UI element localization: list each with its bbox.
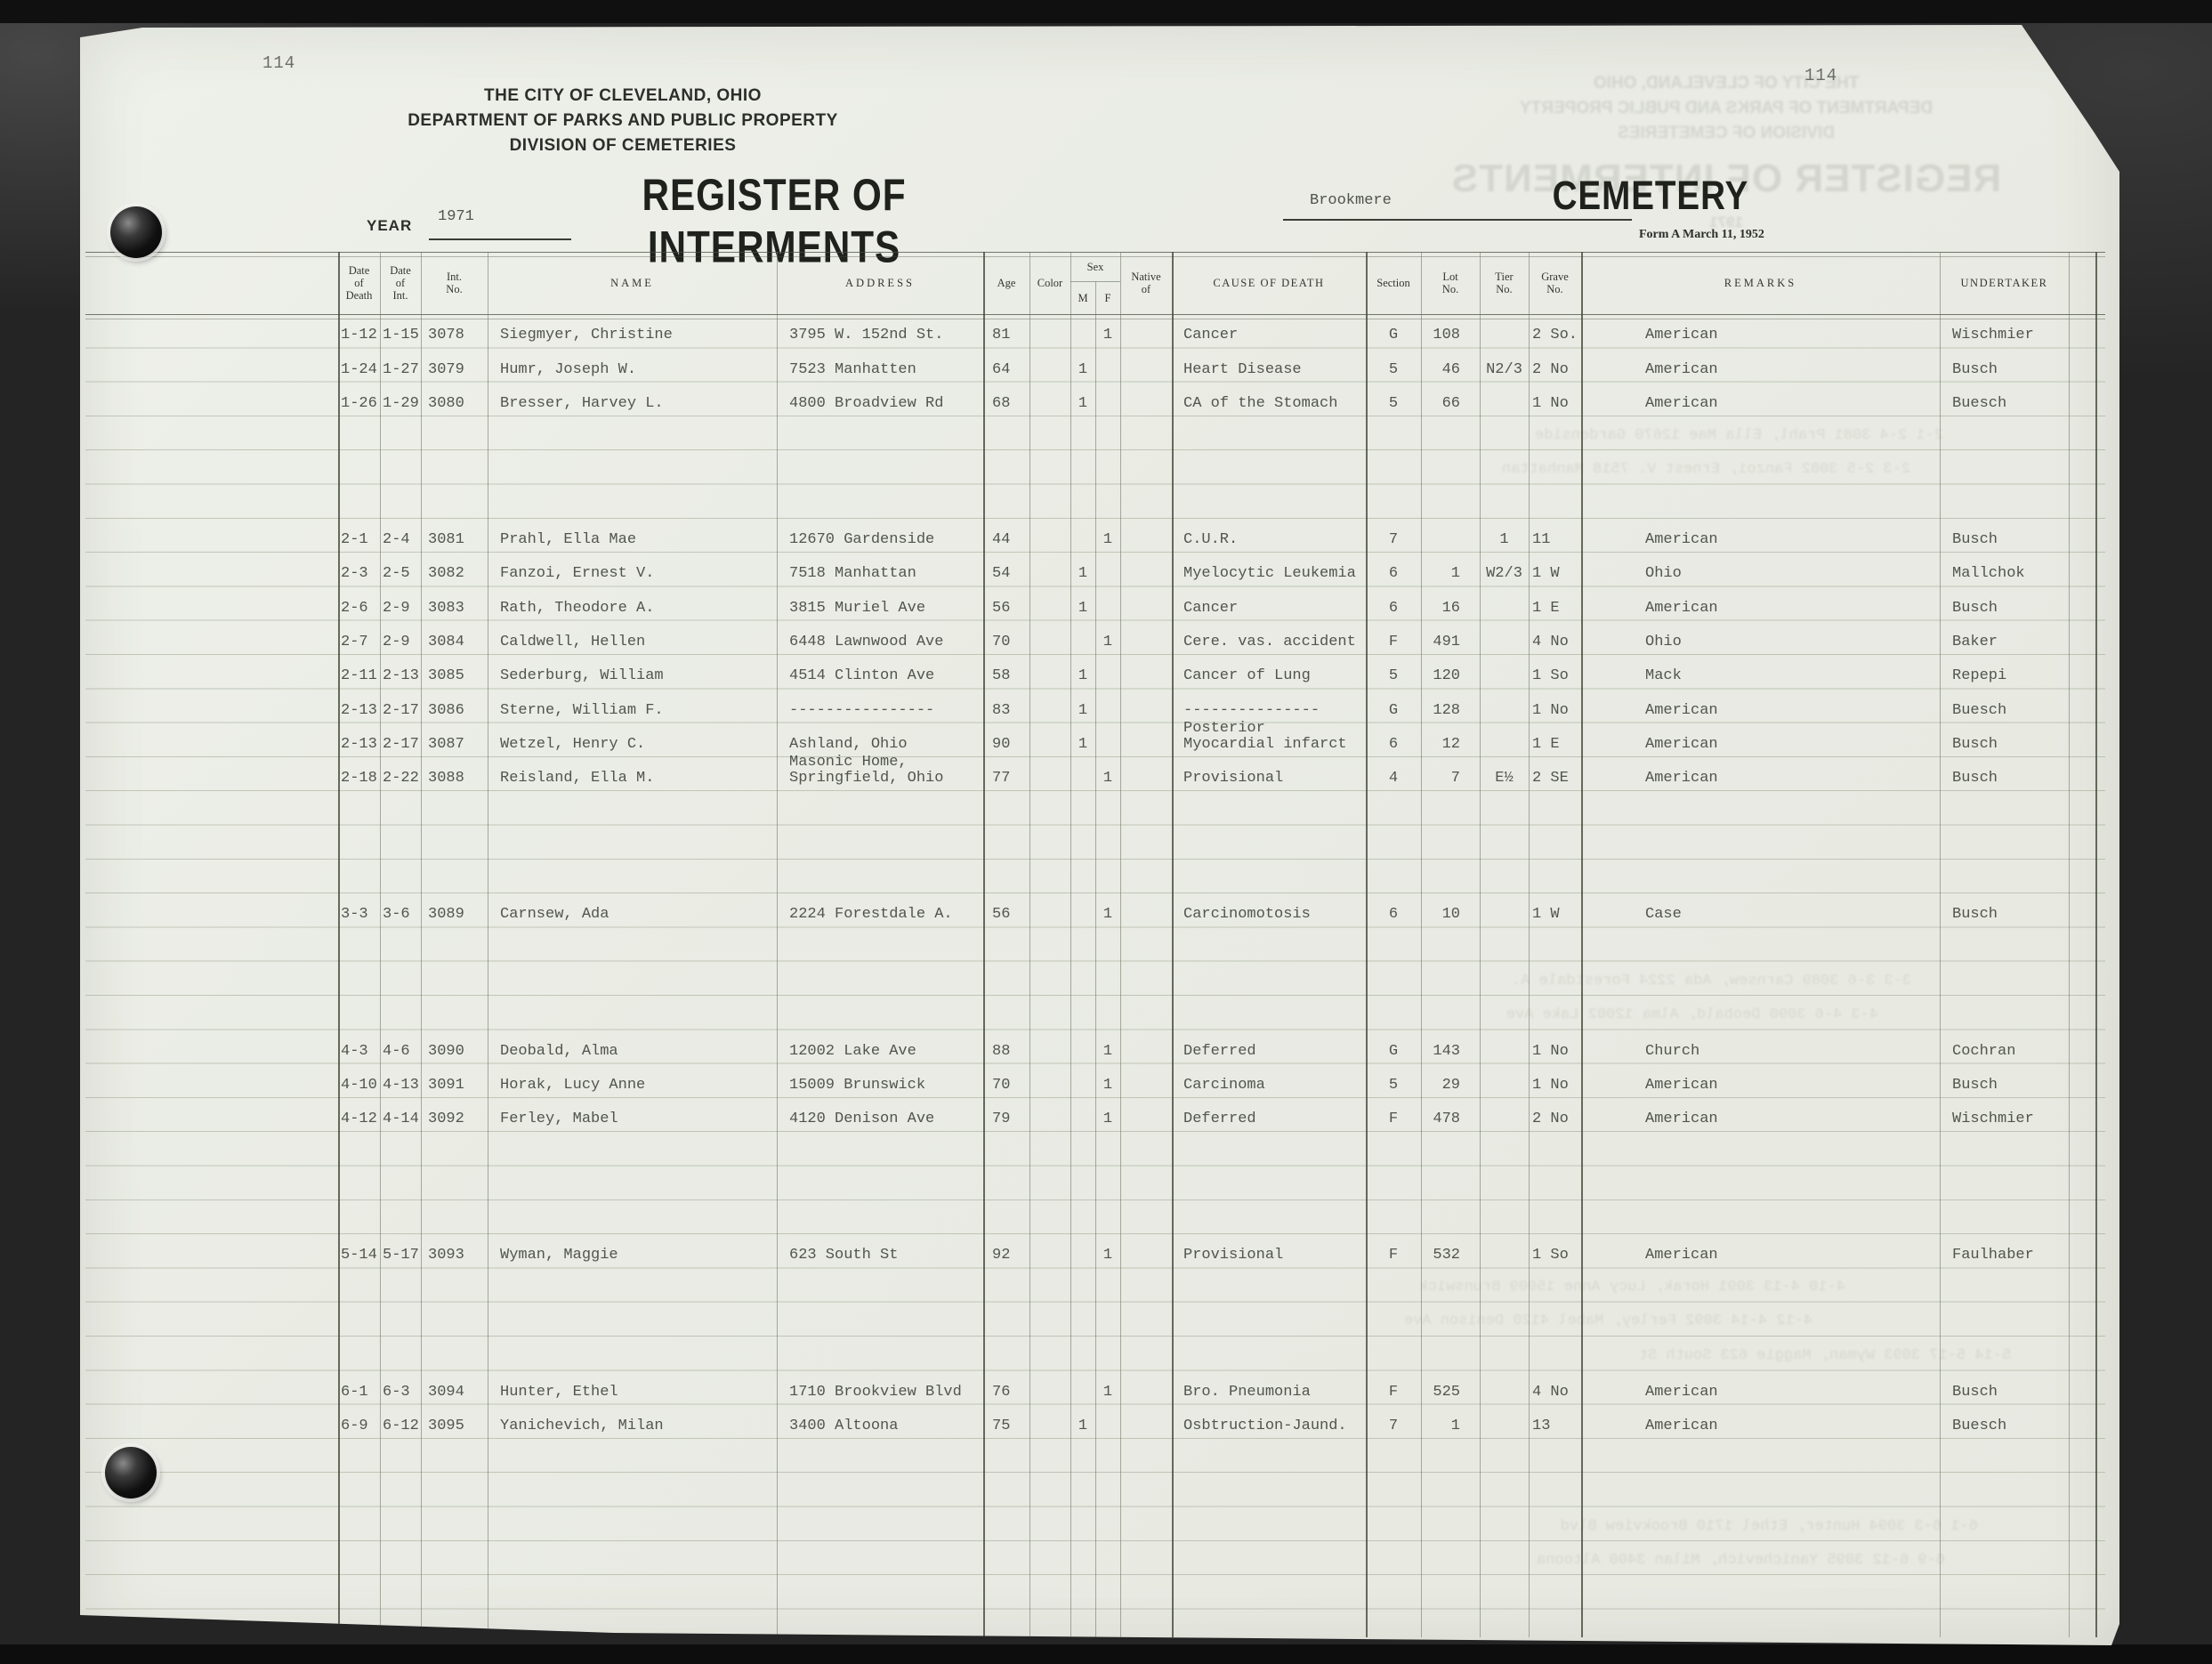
table-row: 1-261-293080Bresser, Harvey L.4800 Broad…	[338, 383, 2095, 416]
cell-name: Horak, Lucy Anne	[488, 1078, 777, 1094]
cell-remarks: American	[1581, 1078, 1940, 1094]
bleed-through-row: 4-12 4-14 3092 Ferley, Mabel 4120 Deniso…	[338, 1302, 2095, 1336]
cell-undertaker: Faulhaber	[1940, 1248, 2069, 1264]
cell-age: 70	[983, 634, 1029, 650]
cell-remarks: American	[1581, 362, 1940, 378]
cell-int_no: 3079	[421, 362, 488, 378]
cell-name: Caldwell, Hellen	[488, 634, 777, 650]
page-number-right: 114	[1804, 66, 1837, 85]
cell-cause: Heart Disease	[1172, 362, 1366, 378]
cell-dod: 2-1	[338, 532, 380, 548]
cell-undertaker: Busch	[1940, 601, 2069, 617]
cell-remarks: Ohio	[1581, 566, 1940, 582]
year-value: 1971	[438, 208, 474, 225]
cell-lot: 10	[1421, 907, 1480, 923]
cell-address: Masonic Home,Springfield, Ohio	[777, 755, 983, 787]
cell-remarks: American	[1581, 703, 1940, 719]
cell-doi: 4-6	[380, 1044, 421, 1060]
col-header-color: Color	[1029, 252, 1070, 314]
cell-undertaker: Repepi	[1940, 668, 2069, 684]
bleed-through-row: 6-9 6-12 3095 Yanichevich, Milan 3400 Al…	[338, 1541, 2095, 1575]
cell-grave: 2 So.	[1529, 327, 1581, 343]
cell-section: G	[1366, 1044, 1421, 1060]
cell-section: 6	[1366, 601, 1421, 617]
bleed-through-row: 4-10 4-13 3091 Horak, Lucy Anne 15009 Br…	[338, 1268, 2095, 1302]
cell-address: ----------------	[777, 703, 983, 719]
cell-grave: 13	[1529, 1418, 1581, 1434]
cell-lot: 525	[1421, 1385, 1480, 1401]
cell-section: F	[1366, 1111, 1421, 1127]
cell-remarks: American	[1581, 396, 1940, 412]
cell-age: 88	[983, 1044, 1029, 1060]
cell-name: Wetzel, Henry C.	[488, 737, 777, 753]
cemetery-label: CEMETERY	[1553, 173, 1749, 219]
col-header-name: NAME	[488, 252, 777, 314]
cell-m: 1	[1070, 362, 1095, 378]
col-header-section: Section	[1366, 252, 1421, 314]
cell-m: 1	[1070, 668, 1095, 684]
cell-dod: 5-14	[338, 1248, 380, 1264]
cell-age: 81	[983, 327, 1029, 343]
table-row: 4-34-63090Deobald, Alma12002 Lake Ave881…	[338, 1030, 2095, 1063]
bleed-through-row: 6-1 6-3 3094 Hunter, Ethel 1710 Brookvie…	[338, 1507, 2095, 1541]
cell-cause: Cancer of Lung	[1172, 668, 1366, 684]
cell-remarks: American	[1581, 601, 1940, 617]
table-row: 2-32-53082Fanzoi, Ernest V.7518 Manhatta…	[338, 553, 2095, 586]
cell-int_no: 3095	[421, 1418, 488, 1434]
cell-dod: 3-3	[338, 907, 380, 923]
cell-section: F	[1366, 634, 1421, 650]
cell-section: 6	[1366, 907, 1421, 923]
col-header-grave-no: Grave No.	[1529, 252, 1581, 314]
cell-m: 1	[1070, 737, 1095, 753]
register-page: THE CITY OF CLEVELAND, OHIO DEPARTMENT O…	[80, 25, 2119, 1651]
cell-dod: 2-18	[338, 771, 380, 787]
cell-lot: 29	[1421, 1078, 1480, 1094]
table-row: 2-72-93084Caldwell, Hellen6448 Lawnwood …	[338, 621, 2095, 655]
cell-dod: 2-6	[338, 601, 380, 617]
cell-remarks: Church	[1581, 1044, 1940, 1060]
cell-address: 3815 Muriel Ave	[777, 601, 983, 617]
cell-address: 4514 Clinton Ave	[777, 668, 983, 684]
cell-int_no: 3087	[421, 737, 488, 753]
bleed-through-row: 2-3 2-5 3082 Fanzoi, Ernest V. 7518 Manh…	[338, 450, 2095, 484]
cell-tier: E½	[1480, 771, 1529, 787]
cell-name: Wyman, Maggie	[488, 1248, 777, 1264]
cell-doi: 4-13	[380, 1078, 421, 1094]
table-row: 2-132-173087Wetzel, Henry C.Ashland, Ohi…	[338, 723, 2095, 757]
cell-address: 7518 Manhattan	[777, 566, 983, 582]
cell-int_no: 3085	[421, 668, 488, 684]
cell-int_no: 3081	[421, 532, 488, 548]
cell-cause: Provisional	[1172, 771, 1366, 787]
cell-cause: Deferred	[1172, 1111, 1366, 1127]
table-row: 6-96-123095Yanichevich, Milan3400 Altoon…	[338, 1405, 2095, 1439]
cell-name: Siegmyer, Christine	[488, 327, 777, 343]
cell-doi: 2-22	[380, 771, 421, 787]
col-header-date-of-death: Date of Death	[338, 252, 380, 314]
cell-int_no: 3093	[421, 1248, 488, 1264]
cell-lot: 478	[1421, 1111, 1480, 1127]
form-note: Form A March 11, 1952	[1639, 228, 1764, 242]
cell-age: 70	[983, 1078, 1029, 1094]
cell-age: 64	[983, 362, 1029, 378]
cell-int_no: 3091	[421, 1078, 488, 1094]
col-header-lot-no: Lot No.	[1421, 252, 1480, 314]
cell-name: Fanzoi, Ernest V.	[488, 566, 777, 582]
cell-remarks: Case	[1581, 907, 1940, 923]
cell-undertaker: Mallchok	[1940, 566, 2069, 582]
grid-line	[2095, 252, 2097, 1637]
cell-cause: Cancer	[1172, 601, 1366, 617]
cell-remarks: American	[1581, 1418, 1940, 1434]
cell-lot: 46	[1421, 362, 1480, 378]
bleed-through-row: 5-14 5-17 3093 Wyman, Maggie 623 South S…	[338, 1337, 2095, 1370]
cell-section: F	[1366, 1248, 1421, 1264]
cell-undertaker: Busch	[1940, 737, 2069, 753]
cell-f: 1	[1095, 771, 1120, 787]
binder-ring-top	[110, 206, 162, 258]
cell-remarks: American	[1581, 1111, 1940, 1127]
cell-lot: 16	[1421, 601, 1480, 617]
cell-address: 12670 Gardenside	[777, 532, 983, 548]
cell-int_no: 3078	[421, 327, 488, 343]
cell-name: Rath, Theodore A.	[488, 601, 777, 617]
cell-cause: Cere. vas. accident	[1172, 634, 1366, 650]
cell-grave: 2 No	[1529, 1111, 1581, 1127]
cell-f: 1	[1095, 1078, 1120, 1094]
cell-m: 1	[1070, 566, 1095, 582]
cell-undertaker: Busch	[1940, 1385, 2069, 1401]
cell-name: Ferley, Mabel	[488, 1111, 777, 1127]
cell-doi: 2-17	[380, 737, 421, 753]
cell-remarks: American	[1581, 1248, 1940, 1264]
cell-remarks: American	[1581, 532, 1940, 548]
cell-int_no: 3088	[421, 771, 488, 787]
table-row: 4-104-133091Horak, Lucy Anne15009 Brunsw…	[338, 1064, 2095, 1098]
cell-cause: Carcinoma	[1172, 1078, 1366, 1094]
cell-int_no: 3084	[421, 634, 488, 650]
cell-cause: PosteriorMyocardial infarct	[1172, 721, 1366, 753]
cell-name: Humr, Joseph W.	[488, 362, 777, 378]
cell-dod: 2-11	[338, 668, 380, 684]
cell-f: 1	[1095, 532, 1120, 548]
cell-lot: 7	[1421, 771, 1480, 787]
cell-name: Bresser, Harvey L.	[488, 396, 777, 412]
cell-undertaker: Buesch	[1940, 1418, 2069, 1434]
cell-doi: 2-9	[380, 601, 421, 617]
cell-f: 1	[1095, 634, 1120, 650]
col-header-sex-f: F	[1095, 281, 1120, 314]
cell-age: 79	[983, 1111, 1029, 1127]
cell-name: Reisland, Ella M.	[488, 771, 777, 787]
cell-remarks: American	[1581, 771, 1940, 787]
cell-int_no: 3083	[421, 601, 488, 617]
cell-cause: Provisional	[1172, 1248, 1366, 1264]
cell-name: Deobald, Alma	[488, 1044, 777, 1060]
cell-dod: 2-3	[338, 566, 380, 582]
cell-undertaker: Buesch	[1940, 396, 2069, 412]
cell-section: 6	[1366, 566, 1421, 582]
cell-cause: ---------------	[1172, 703, 1366, 719]
cell-name: Prahl, Ella Mae	[488, 532, 777, 548]
cell-dod: 6-9	[338, 1418, 380, 1434]
cell-address: 7523 Manhatten	[777, 362, 983, 378]
cell-address: 6448 Lawnwood Ave	[777, 634, 983, 650]
cell-section: 5	[1366, 1078, 1421, 1094]
cell-dod: 1-26	[338, 396, 380, 412]
organization-header: THE CITY OF CLEVELAND, OHIO DEPARTMENT O…	[374, 84, 872, 158]
col-header-date-of-int: Date of Int.	[380, 252, 421, 314]
cell-m: 1	[1070, 703, 1095, 719]
cell-lot: 143	[1421, 1044, 1480, 1060]
cell-grave: 2 SE	[1529, 771, 1581, 787]
cell-undertaker: Wischmier	[1940, 1111, 2069, 1127]
col-header-tier-no: Tier No.	[1480, 252, 1529, 314]
cell-dod: 4-10	[338, 1078, 380, 1094]
cell-undertaker: Wischmier	[1940, 327, 2069, 343]
cell-remarks: Ohio	[1581, 634, 1940, 650]
scan-bottom-strip	[0, 1644, 2212, 1664]
table-row: 1-241-273079Humr, Joseph W.7523 Manhatte…	[338, 348, 2095, 382]
cell-int_no: 3080	[421, 396, 488, 412]
cell-grave: 1 No	[1529, 703, 1581, 719]
cell-age: 83	[983, 703, 1029, 719]
cell-grave: 4 No	[1529, 1385, 1581, 1401]
cell-age: 58	[983, 668, 1029, 684]
cell-cause: Osbtruction-Jaund.	[1172, 1418, 1366, 1434]
table-row: 4-124-143092Ferley, Mabel4120 Denison Av…	[338, 1098, 2095, 1132]
cell-address: 623 South St	[777, 1248, 983, 1264]
table-row: 2-182-223088Reisland, Ella M.Masonic Hom…	[338, 757, 2095, 791]
col-header-sex: Sex	[1070, 252, 1120, 281]
cell-doi: 1-15	[380, 327, 421, 343]
cell-address: 3400 Altoona	[777, 1418, 983, 1434]
cell-name: Carnsew, Ada	[488, 907, 777, 923]
cell-grave: 1 W	[1529, 566, 1581, 582]
cell-section: 5	[1366, 668, 1421, 684]
cell-cause: CA of the Stomach	[1172, 396, 1366, 412]
cell-lot: 491	[1421, 634, 1480, 650]
cell-f: 1	[1095, 907, 1120, 923]
cell-address: 1710 Brookview Blvd	[777, 1385, 983, 1401]
cell-remarks: American	[1581, 327, 1940, 343]
cell-grave: 1 No	[1529, 396, 1581, 412]
cell-doi: 2-4	[380, 532, 421, 548]
cell-address: 3795 W. 152nd St.	[777, 327, 983, 343]
bleed-through-row: 4-3 4-6 3090 Deobald, Alma 12002 Lake Av…	[338, 996, 2095, 1030]
cell-cause: Deferred	[1172, 1044, 1366, 1060]
col-header-cause-of-death: CAUSE OF DEATH	[1172, 252, 1366, 314]
cell-cause: C.U.R.	[1172, 532, 1366, 548]
cell-section: F	[1366, 1385, 1421, 1401]
col-header-address: ADDRESS	[777, 252, 983, 314]
year-underline	[429, 238, 571, 240]
org-line-2: DEPARTMENT OF PARKS AND PUBLIC PROPERTY	[374, 109, 872, 133]
cell-section: G	[1366, 703, 1421, 719]
cemetery-name: Brookmere	[1310, 192, 1392, 209]
cell-dod: 4-3	[338, 1044, 380, 1060]
cell-section: G	[1366, 327, 1421, 343]
cell-m: 1	[1070, 396, 1095, 412]
cell-age: 44	[983, 532, 1029, 548]
cell-dod: 2-13	[338, 737, 380, 753]
cell-grave: 1 W	[1529, 907, 1581, 923]
page-number-left: 114	[262, 53, 295, 73]
cell-grave: 4 No	[1529, 634, 1581, 650]
cell-tier: N2/3	[1480, 362, 1529, 378]
bleed-org-lines: THE CITY OF CLEVELAND, OHIO DEPARTMENT O…	[1317, 71, 2135, 146]
cell-grave: 2 No	[1529, 362, 1581, 378]
cell-grave: 1 E	[1529, 737, 1581, 753]
col-header-sex-m: M	[1070, 281, 1095, 314]
table-row: 5-145-173093Wyman, Maggie623 South St921…	[338, 1234, 2095, 1268]
cell-age: 76	[983, 1385, 1029, 1401]
org-line-3: DIVISION OF CEMETERIES	[374, 133, 872, 158]
cell-name: Sterne, William F.	[488, 703, 777, 719]
cell-doi: 4-14	[380, 1111, 421, 1127]
cell-undertaker: Buesch	[1940, 703, 2069, 719]
cell-cause: Cancer	[1172, 327, 1366, 343]
table-row: 2-12-43081Prahl, Ella Mae12670 Gardensid…	[338, 519, 2095, 553]
cell-name: Yanichevich, Milan	[488, 1418, 777, 1434]
cell-tier: 1	[1480, 532, 1529, 548]
cell-grave: 1 No	[1529, 1044, 1581, 1060]
cell-age: 90	[983, 737, 1029, 753]
cell-dod: 2-7	[338, 634, 380, 650]
year-label: YEAR	[367, 217, 412, 235]
cell-lot: 1	[1421, 1418, 1480, 1434]
cell-dod: 6-1	[338, 1385, 380, 1401]
cell-age: 56	[983, 907, 1029, 923]
cell-remarks: Mack	[1581, 668, 1940, 684]
cell-doi: 2-9	[380, 634, 421, 650]
cell-doi: 3-6	[380, 907, 421, 923]
table-row: 6-16-33094Hunter, Ethel1710 Brookview Bl…	[338, 1370, 2095, 1404]
cell-f: 1	[1095, 1111, 1120, 1127]
col-header-native-of: Native of	[1120, 252, 1172, 314]
scan-top-strip	[0, 0, 2212, 23]
col-header-remarks: REMARKS	[1581, 252, 1940, 314]
table-row: 2-132-173086Sterne, William F.----------…	[338, 689, 2095, 723]
cell-name: Sederburg, William	[488, 668, 777, 684]
cell-lot: 1	[1421, 566, 1480, 582]
cell-doi: 6-12	[380, 1418, 421, 1434]
binder-ring-bottom	[105, 1447, 157, 1498]
cell-age: 77	[983, 771, 1029, 787]
cell-doi: 1-27	[380, 362, 421, 378]
cell-doi: 2-5	[380, 566, 421, 582]
cell-int_no: 3094	[421, 1385, 488, 1401]
cell-lot: 12	[1421, 737, 1480, 753]
cell-address: Ashland, Ohio	[777, 737, 983, 753]
cell-int_no: 3090	[421, 1044, 488, 1060]
cell-section: 5	[1366, 362, 1421, 378]
cell-cause: Bro. Pneumonia	[1172, 1385, 1366, 1401]
cell-undertaker: Busch	[1940, 532, 2069, 548]
cell-grave: 1 No	[1529, 1078, 1581, 1094]
cell-section: 7	[1366, 1418, 1421, 1434]
cell-f: 1	[1095, 1044, 1120, 1060]
cell-int_no: 3086	[421, 703, 488, 719]
cell-m: 1	[1070, 1418, 1095, 1434]
cell-undertaker: Busch	[1940, 362, 2069, 378]
cell-section: 7	[1366, 532, 1421, 548]
bleed-through-row: 2-1 2-4 3081 Prahl, Ella Mae 12670 Garde…	[338, 416, 2095, 450]
cell-doi: 2-13	[380, 668, 421, 684]
cell-lot: 120	[1421, 668, 1480, 684]
cell-lot: 108	[1421, 327, 1480, 343]
cell-m: 1	[1070, 601, 1095, 617]
cell-doi: 2-17	[380, 703, 421, 719]
cell-cause: Myelocytic Leukemia	[1172, 566, 1366, 582]
cell-doi: 1-29	[380, 396, 421, 412]
cell-section: 4	[1366, 771, 1421, 787]
cell-grave: 1 So	[1529, 1248, 1581, 1264]
cell-age: 54	[983, 566, 1029, 582]
cell-address: 4800 Broadview Rd	[777, 396, 983, 412]
cell-remarks: American	[1581, 737, 1940, 753]
col-header-undertaker: UNDERTAKER	[1940, 252, 2069, 314]
cell-dod: 4-12	[338, 1111, 380, 1127]
cell-dod: 1-12	[338, 327, 380, 343]
cell-doi: 5-17	[380, 1248, 421, 1264]
cell-undertaker: Cochran	[1940, 1044, 2069, 1060]
cemetery-underline	[1283, 219, 1632, 221]
col-header-int-no: Int. No.	[421, 252, 488, 314]
table-row: 3-33-63089Carnsew, Ada2224 Forestdale A.…	[338, 893, 2095, 927]
cell-f: 1	[1095, 1248, 1120, 1264]
cell-int_no: 3092	[421, 1111, 488, 1127]
cell-age: 92	[983, 1248, 1029, 1264]
cell-lot: 532	[1421, 1248, 1480, 1264]
cell-dod: 2-13	[338, 703, 380, 719]
cell-cause: Carcinomotosis	[1172, 907, 1366, 923]
cell-undertaker: Busch	[1940, 771, 2069, 787]
col-header-age: Age	[983, 252, 1029, 314]
cell-age: 68	[983, 396, 1029, 412]
cell-section: 5	[1366, 396, 1421, 412]
cell-f: 1	[1095, 327, 1120, 343]
cell-lot: 66	[1421, 396, 1480, 412]
cell-address: 2224 Forestdale A.	[777, 907, 983, 923]
cell-age: 56	[983, 601, 1029, 617]
cell-f: 1	[1095, 1385, 1120, 1401]
cell-section: 6	[1366, 737, 1421, 753]
cell-address: 4120 Denison Ave	[777, 1111, 983, 1127]
cell-remarks: American	[1581, 1385, 1940, 1401]
cell-grave: 11	[1529, 532, 1581, 548]
bleed-through-row: 3-3 3-6 3089 Carnsew, Ada 2224 Forestdal…	[338, 962, 2095, 996]
org-line-1: THE CITY OF CLEVELAND, OHIO	[374, 84, 872, 109]
cell-address: 15009 Brunswick	[777, 1078, 983, 1094]
cell-int_no: 3089	[421, 907, 488, 923]
cell-lot: 128	[1421, 703, 1480, 719]
cell-grave: 1 So	[1529, 668, 1581, 684]
table-row: 1-121-153078Siegmyer, Christine3795 W. 1…	[338, 314, 2095, 348]
cell-undertaker: Busch	[1940, 907, 2069, 923]
cell-age: 75	[983, 1418, 1029, 1434]
cell-dod: 1-24	[338, 362, 380, 378]
table-row: 2-112-133085Sederburg, William4514 Clint…	[338, 655, 2095, 689]
cell-undertaker: Busch	[1940, 1078, 2069, 1094]
cell-name: Hunter, Ethel	[488, 1385, 777, 1401]
cell-undertaker: Baker	[1940, 634, 2069, 650]
cell-doi: 6-3	[380, 1385, 421, 1401]
cell-tier: W2/3	[1480, 566, 1529, 582]
cell-grave: 1 E	[1529, 601, 1581, 617]
cell-int_no: 3082	[421, 566, 488, 582]
